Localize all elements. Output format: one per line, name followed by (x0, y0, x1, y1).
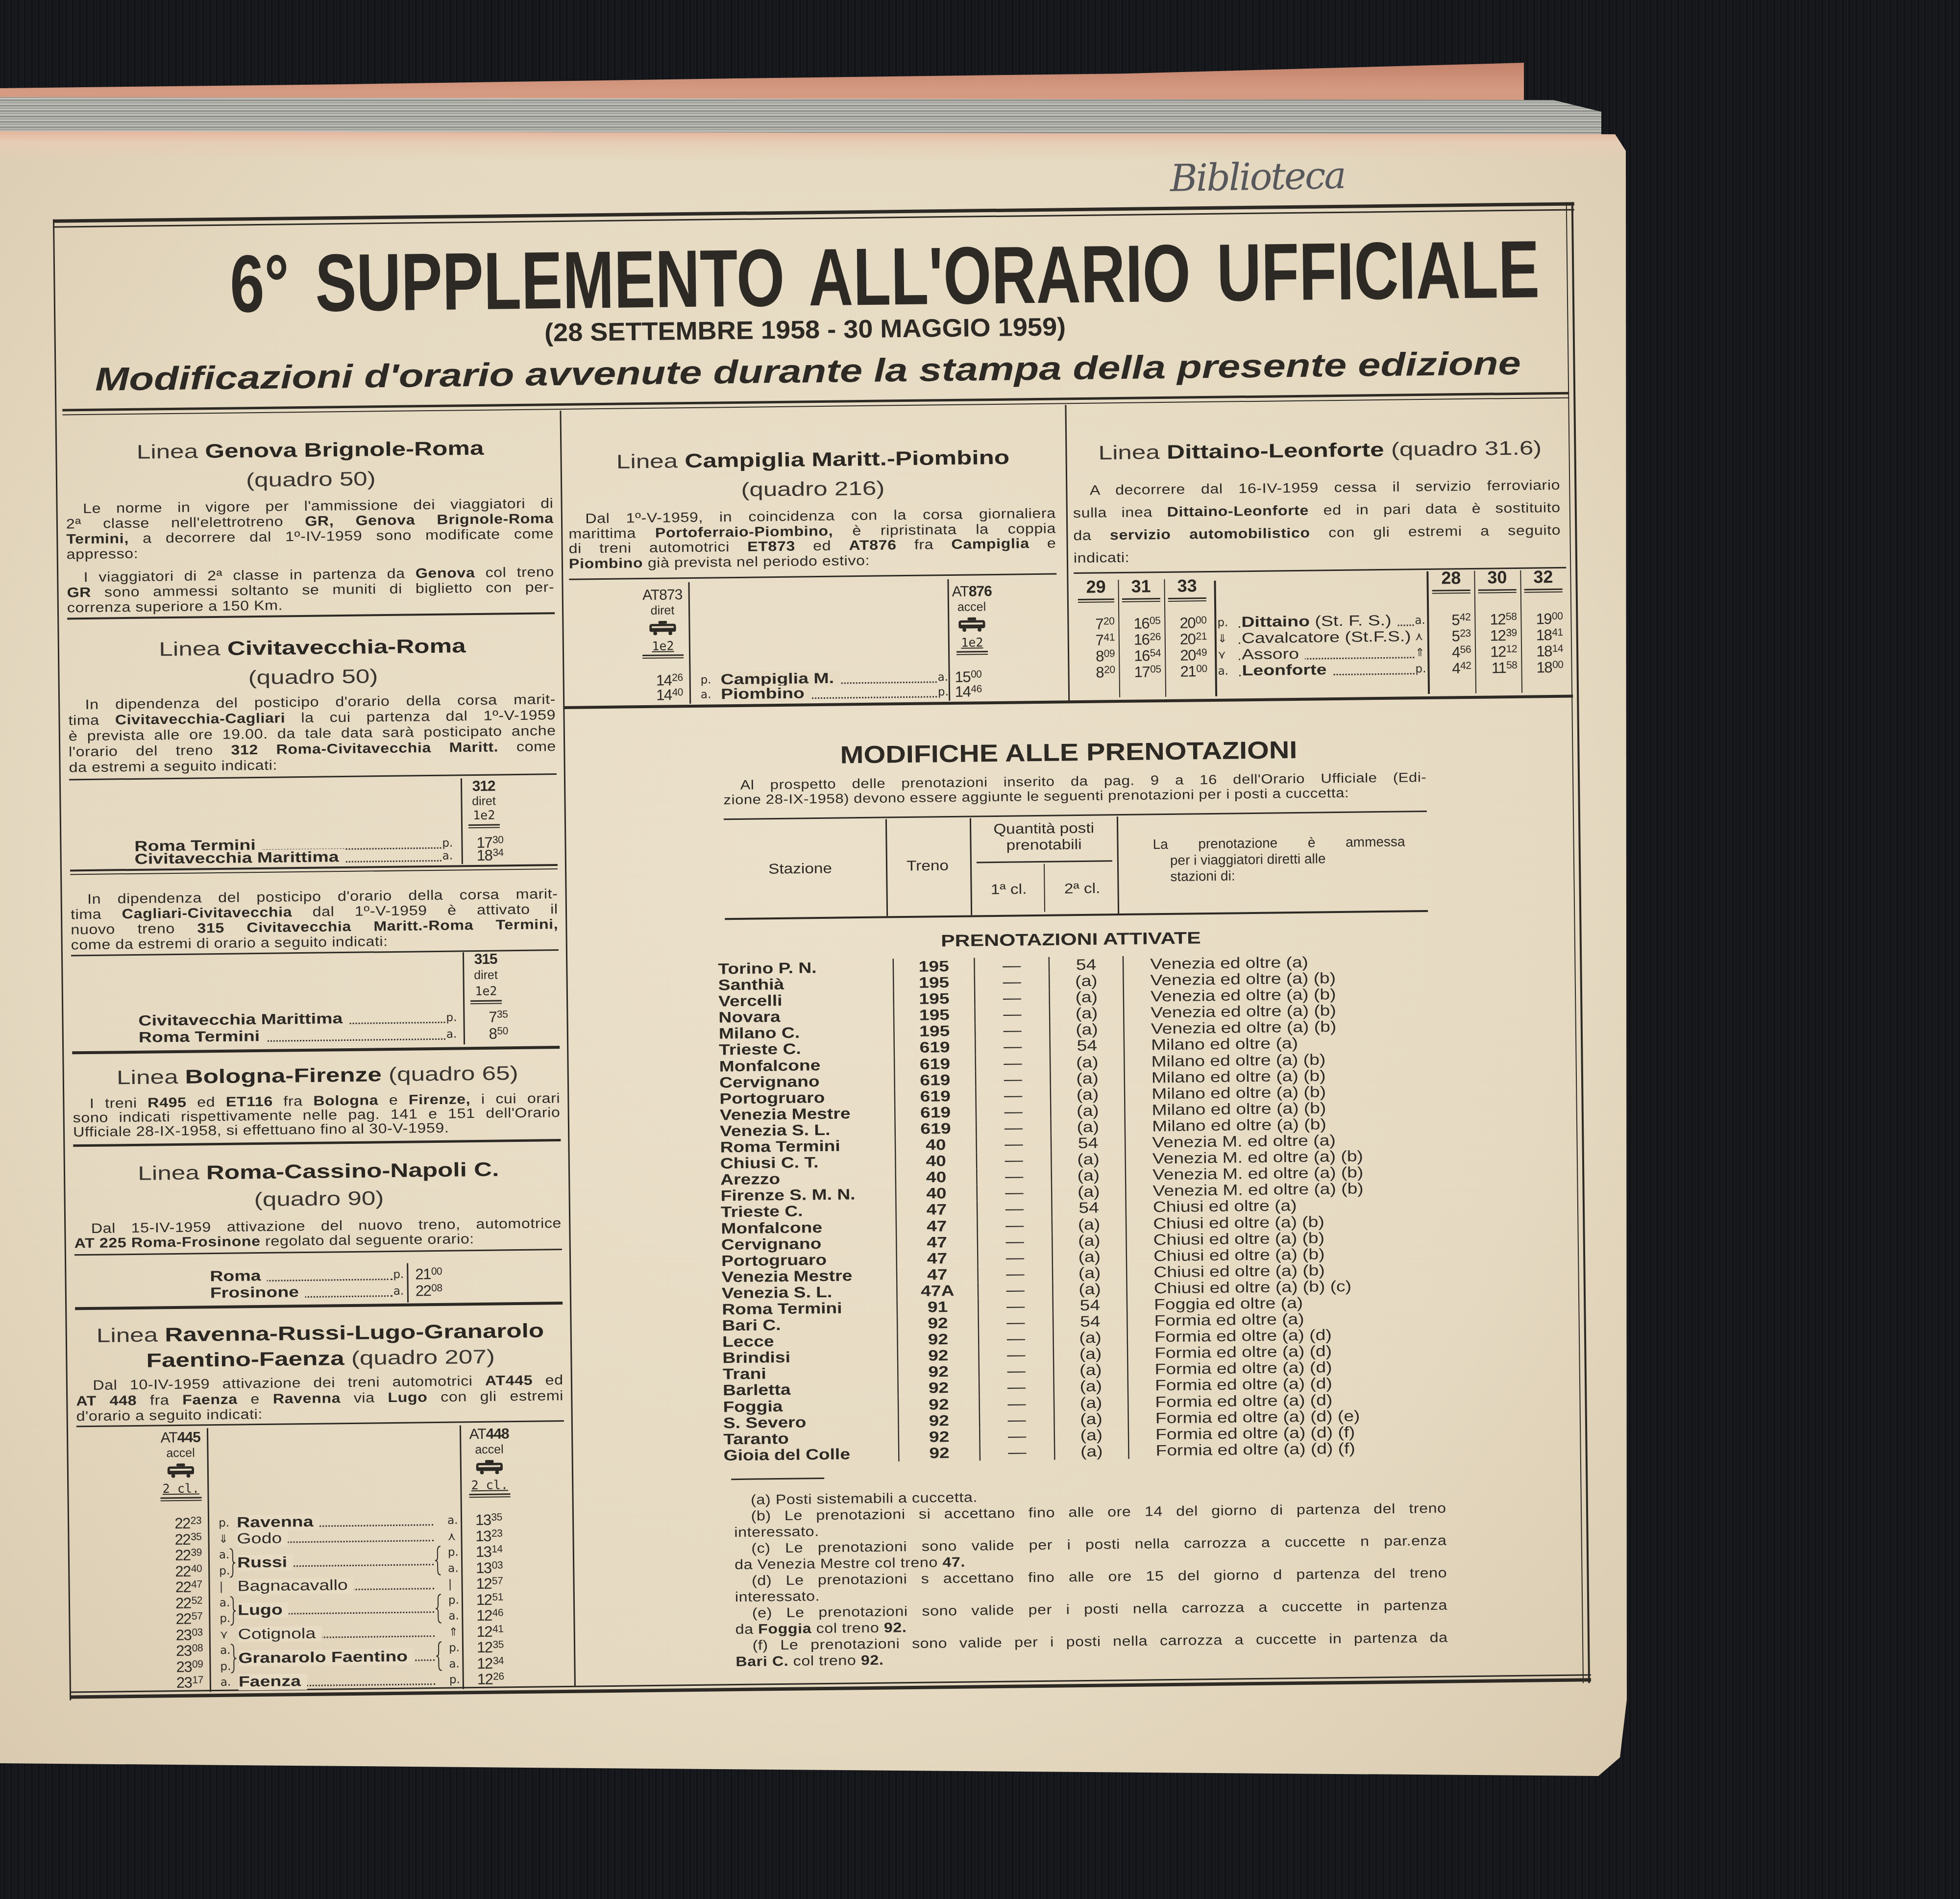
time-cell: 2240 (166, 1563, 203, 1579)
paragraph: Le norme in vigore per l'ammissione dei … (66, 495, 554, 562)
first-class-seats: — (979, 1411, 1054, 1428)
departure-arrival-mark: p. (1415, 663, 1429, 675)
time: 1605 (1133, 615, 1160, 632)
first-class-seats: — (976, 1152, 1051, 1169)
train-category: diret (466, 966, 505, 984)
outbound-times: 82017052100 (1075, 663, 1211, 682)
time: 2208 (416, 1282, 442, 1300)
column-header-second-class: 2ª cl. (1064, 881, 1101, 897)
train-at448-header: AT448 accel 2 cl. (465, 1425, 514, 1498)
reservations-title-block: MODIFICHE ALLE PRENOTAZIONI (564, 733, 1574, 772)
at448-times: 1323 (461, 1528, 511, 1545)
station: Barletta (723, 1381, 898, 1399)
time-cell: 2235 (166, 1531, 203, 1548)
at445-marks: p. (203, 1515, 228, 1531)
time-cell: 1605 (1118, 615, 1164, 633)
train: 92 (897, 1363, 979, 1381)
station: Cervignano (719, 1072, 894, 1090)
at445-marks: a.p. (203, 1547, 229, 1579)
subheader-column-rule (1044, 864, 1045, 912)
time-cell: 1314 (461, 1544, 512, 1560)
departure-arrival-mark: a. (1415, 614, 1428, 627)
second-class-seats: (a) (1051, 1183, 1126, 1200)
timetable-rows: 1426 p. Campiglia M. a. 1500 1440 a. Pio… (643, 668, 993, 701)
train: 92 (898, 1396, 979, 1413)
first-class-seats: — (975, 1022, 1050, 1039)
second-class-seats: 54 (1052, 1297, 1127, 1314)
time-cell: 1251 (462, 1592, 512, 1608)
at448-marks: p.a. (442, 1592, 462, 1624)
train: 195 (893, 1007, 975, 1024)
second-class-seats: (a) (1049, 1005, 1124, 1022)
time: 1257 (476, 1575, 503, 1592)
station: Novara (718, 1008, 893, 1026)
time-cell: 1323 (461, 1528, 511, 1545)
station-cell: Granarolo Faentino (238, 1648, 436, 1666)
time-cell: 1303 (461, 1560, 512, 1577)
at448-times: 12511246 (462, 1592, 513, 1624)
train-classes: 2 cl. (465, 1478, 514, 1493)
run-number-header: 31 (1118, 575, 1164, 602)
header-top-rule (724, 811, 1427, 820)
train-number: 312 (464, 778, 503, 795)
time-cell: 741 (1075, 631, 1119, 649)
second-class-seats: (a) (1052, 1264, 1127, 1282)
second-class-seats: (a) (1050, 1070, 1124, 1087)
second-class-seats: 54 (1049, 956, 1123, 973)
time-cell: 2308 (167, 1643, 204, 1659)
departure-arrival-mark: ⇓ (203, 1531, 228, 1547)
time: 1323 (475, 1527, 502, 1545)
brace-right-icon (436, 1672, 443, 1688)
departure-arrival-mark: a. (393, 1284, 416, 1298)
station-cell: Cavalcatore (St.F.S.) (1239, 628, 1415, 647)
first-class-seats: — (974, 989, 1049, 1007)
train: 195 (893, 990, 974, 1008)
dittaino-leonforte-notice: A decorrere dal 16-IV-1959 cessa il serv… (1073, 474, 1561, 569)
run-number: 30 (1487, 567, 1507, 587)
at873-time: 1440 (644, 686, 684, 704)
train: 619 (894, 1120, 976, 1137)
station: Venezia S. L. (720, 1121, 895, 1139)
column-header-quantity: Quantità posti (993, 820, 1094, 838)
train: 92 (898, 1412, 979, 1429)
station-name: Piombino (721, 685, 811, 703)
train-classes: 2 cl. (156, 1481, 205, 1496)
station: Santhià (718, 975, 893, 993)
run-number-header: 30 (1474, 567, 1520, 593)
time: 1335 (475, 1511, 502, 1529)
second-class-seats: (a) (1050, 1054, 1124, 1071)
brace-right-icon (436, 1640, 443, 1672)
train: 47A (896, 1282, 978, 1299)
run-number: 33 (1177, 575, 1197, 595)
at448-marks: p.a. (442, 1544, 462, 1576)
time-cell: 2239 (166, 1547, 203, 1563)
footnotes-rule (731, 1478, 824, 1480)
civitavecchia-notice-1: In dipendenza del posticipo d'orario del… (68, 691, 557, 775)
at448-times: 1257 (461, 1576, 512, 1592)
time-cell: 2021 (1165, 630, 1211, 648)
return-times: 44211581800 (1429, 659, 1567, 678)
run-number-header: 29 (1074, 576, 1118, 603)
railcar-icon (156, 1458, 206, 1481)
column-header-station: Stazione (768, 861, 832, 877)
time: 456 (1452, 643, 1471, 661)
departure-arrival-mark: a. (203, 1547, 229, 1563)
at445-times: 2247 (166, 1579, 203, 1595)
at445-times: 22522257 (167, 1595, 204, 1628)
at445-times: 2317 (168, 1675, 205, 1691)
train-classes: 1e2 (638, 639, 687, 654)
double-rule (1432, 590, 1470, 594)
at448-times: 1241 (462, 1624, 513, 1640)
heading-line: Linea Civitavecchia-Roma (68, 630, 558, 665)
train: 195 (893, 958, 974, 975)
time: 2100 (1180, 663, 1207, 680)
time-cell: 523 (1429, 627, 1475, 645)
first-class-seats: — (975, 1054, 1050, 1071)
time: 2309 (176, 1658, 203, 1676)
station: Torino P. N. (718, 959, 893, 977)
runs-leonforte-bound: 293133 (1074, 575, 1210, 603)
destinations: Formia ed oltre (a) (d) (f) (1128, 1439, 1439, 1459)
station: Roma Termini (722, 1299, 897, 1317)
timetable-rows: 72016052000 p. Dittaino (St. F. S.) a. 5… (1074, 610, 1567, 680)
station-cell: Lugo (238, 1601, 435, 1619)
supplement-frame: 6° SUPPLEMENTO ALL'ORARIO UFFICIALE (28 … (53, 202, 1591, 1702)
at448-times: 13141303 (461, 1544, 512, 1576)
train: 619 (894, 1104, 976, 1121)
second-class-seats: (a) (1053, 1427, 1128, 1444)
station-stop: 22392240 a.p. Russi p.a. 13141303 (166, 1544, 512, 1579)
time: 442 (1452, 660, 1471, 677)
brace-left-icon (229, 1579, 237, 1595)
campiglia-piombino-notice: Dal 1º-V-1959, in coincidenza con la cor… (568, 506, 1056, 571)
brace-right-icon (435, 1592, 443, 1624)
station-cell: Russi (237, 1553, 435, 1571)
brace-left-icon (230, 1627, 238, 1643)
time: 2235 (174, 1530, 201, 1548)
heading-text: Linea Genova Brignole-Roma (137, 434, 484, 467)
first-class-seats: — (979, 1379, 1053, 1396)
second-class-seats: 54 (1053, 1313, 1127, 1330)
time: 542 (1451, 611, 1471, 628)
train: 47 (896, 1266, 978, 1283)
departure-arrival-mark: p. (443, 1640, 462, 1656)
first-class-seats: — (978, 1282, 1053, 1299)
time: 1246 (476, 1606, 503, 1624)
departure-arrival-mark: ⇑ (1415, 646, 1429, 659)
runs-dittaino-bound: 283032 (1428, 566, 1567, 594)
station: Trieste C. (721, 1202, 896, 1220)
civitavecchia-roma-heading: Linea Civitavecchia-Roma(quadro 50) (68, 630, 558, 694)
train: 91 (896, 1298, 978, 1315)
second-class-seats: (a) (1050, 1086, 1125, 1103)
double-rule (956, 651, 988, 655)
time: 1626 (1134, 631, 1161, 648)
run-number: 31 (1131, 576, 1151, 596)
heading-line: (quadro 216) (568, 471, 1058, 506)
heading-text: Linea Campiglia Maritt.-Piombino (616, 443, 1009, 477)
station-cell: Cotignola (238, 1625, 436, 1643)
train-at873-header: AT873 diret 1e2 (638, 586, 688, 659)
second-class-seats: 54 (1051, 1134, 1125, 1152)
train-312-timetable: 312 diret 1e2 Roma Termini p. 1730 Civit… (69, 777, 560, 870)
heading-line: Linea Dittaino-Leonforte (quadro 31.6) (1072, 433, 1568, 468)
station-name: Frosinone (210, 1284, 305, 1302)
at445-times: 2303 (167, 1627, 204, 1643)
station-cell: Bagnacavallo (237, 1577, 435, 1595)
departure-arrival-mark: p. (203, 1515, 228, 1531)
departure-arrival-mark: p. (443, 1672, 463, 1688)
time: 1239 (1490, 627, 1517, 644)
station: Taranto (723, 1429, 898, 1447)
train-category: accel (156, 1447, 205, 1459)
time: 809 (1096, 647, 1115, 665)
time-cell: 1654 (1119, 647, 1165, 665)
departure-arrival-mark: p. (446, 1011, 468, 1024)
genova-roma-heading: Linea Genova Brignole-Roma(quadro 50) (65, 433, 556, 497)
at445-marks: ⋎ (204, 1627, 230, 1643)
departure-arrival-mark: | (442, 1576, 461, 1592)
double-rule (469, 1493, 510, 1498)
reservations-rows: Torino P. N. 195 — 54 Venezia ed oltre (… (718, 953, 1439, 1463)
time-cell: 1257 (461, 1576, 512, 1592)
train-number: AT876 (952, 582, 991, 601)
time-cell: 809 (1075, 647, 1119, 666)
station: Cervignano (721, 1234, 896, 1253)
time-cell: 2257 (167, 1611, 204, 1627)
train: 92 (897, 1315, 978, 1332)
station-name: Dittaino (St. F. S.) (1241, 613, 1397, 631)
run-number-header: 33 (1164, 575, 1210, 602)
train: 47 (896, 1250, 977, 1267)
heading-text: Linea Dittaino-Leonforte (quadro 31.6) (1098, 433, 1542, 468)
at445-times: 2223 (166, 1515, 203, 1531)
first-class-seats: — (974, 973, 1049, 990)
time: 2000 (1179, 614, 1206, 632)
double-rule (470, 1000, 502, 1004)
train-category: diret (464, 794, 503, 808)
heading-line: (quadro 50) (66, 462, 556, 497)
first-class-seats: — (979, 1427, 1054, 1444)
time-cell: 1834 (468, 846, 504, 864)
train: 92 (898, 1428, 979, 1445)
time-cell: 456 (1429, 643, 1475, 662)
column-rule (970, 818, 972, 915)
station: Portogruaro (721, 1251, 896, 1269)
station: Bari C. (722, 1315, 897, 1333)
column-header-train: Treno (906, 858, 949, 875)
time: 2308 (176, 1642, 203, 1659)
train: 40 (895, 1153, 976, 1170)
departure-arrival-mark: a. (443, 1656, 462, 1672)
time: 1226 (477, 1670, 504, 1688)
brace-right-icon (434, 1513, 441, 1529)
time-cell: 1800 (1521, 659, 1567, 677)
double-rule (1524, 589, 1563, 593)
section-rule-thick (73, 1139, 561, 1147)
time-cell: 542 (1428, 611, 1474, 629)
second-class-seats: 54 (1049, 1037, 1124, 1055)
train-number: AT448 (465, 1425, 514, 1444)
ravenna-faenza-notice: Dal 10-IV-1959 attivazione dei treni aut… (76, 1372, 564, 1424)
double-rule (468, 824, 500, 828)
departure-arrival-mark: a. (204, 1595, 229, 1611)
time: 1900 (1536, 610, 1563, 628)
first-class-seats: — (977, 1200, 1052, 1217)
time: 2223 (174, 1514, 201, 1532)
train-number: 315 (466, 952, 505, 967)
time-cell: 2100 (1165, 663, 1211, 681)
second-class-seats: (a) (1053, 1378, 1127, 1395)
second-class-seats: (a) (1049, 1021, 1124, 1038)
station-name: Leonforte (1242, 662, 1333, 679)
first-class-seats: — (977, 1216, 1052, 1233)
departure-arrival-mark: p. (393, 1268, 415, 1281)
time-cell: 1239 (1475, 627, 1521, 645)
station-name: Ravenna (237, 1514, 319, 1531)
time: 2317 (176, 1674, 203, 1691)
station: Venezia Mestre (720, 1105, 895, 1123)
brace-right-icon (435, 1577, 442, 1593)
first-class-seats: — (974, 957, 1049, 974)
train-classes: 1e2 (465, 807, 504, 823)
second-class-seats: (a) (1052, 1281, 1127, 1298)
at445-marks: a. (205, 1675, 230, 1691)
at876-time: 1446 (950, 683, 993, 701)
time-cell: 2309 (167, 1659, 204, 1675)
time-cell: 442 (1429, 660, 1475, 678)
column-rule (885, 819, 888, 916)
first-class-seats: — (974, 1006, 1049, 1023)
train-category: accel (952, 601, 991, 613)
departure-arrival-mark: p. (1210, 616, 1238, 629)
at448-times: 1226 (463, 1671, 513, 1688)
station-name: Roma (210, 1268, 267, 1285)
second-class-seats: (a) (1053, 1345, 1127, 1362)
brace-right-icon (436, 1624, 443, 1640)
station-cell: Roma Termini (139, 1026, 446, 1047)
second-class-seats: (a) (1049, 972, 1123, 989)
paragraph: I viaggiatori di 2ª classe in partenza d… (67, 564, 555, 615)
subheader-rule (977, 860, 1112, 863)
brace-left-icon (230, 1675, 239, 1691)
campiglia-piombino-heading: Linea Campiglia Maritt.-Piombino(quadro … (567, 442, 1058, 506)
time-cell: 1226 (463, 1671, 513, 1688)
station: S. Severo (723, 1413, 898, 1431)
footnotes: (a) Posti sistemabili a cuccetta.(b) Le … (734, 1484, 1448, 1670)
column-header-quantity-2: prenotabili (1006, 837, 1081, 854)
at225-timetable: Roma p. 2100 Frosinone a. 2208 (74, 1258, 565, 1307)
time-cell: 1241 (462, 1624, 513, 1640)
header-bottom-rule (725, 910, 1428, 920)
brace-left-icon (228, 1515, 237, 1531)
brace-right-icon (434, 1529, 441, 1545)
station-stop: 23082309 a.p. Granarolo Faentino p.a. 12… (167, 1639, 513, 1675)
train-classes: 1e2 (953, 635, 992, 650)
station: Venezia S. L. (722, 1283, 897, 1301)
station-name: Assoro (1242, 646, 1305, 663)
time: 1235 (477, 1638, 504, 1656)
station-cell: Civitavecchia Marittima (135, 847, 442, 868)
time: 1158 (1492, 659, 1518, 677)
heading-line: Linea Genova Brignole-Roma (65, 433, 556, 468)
heading-text: Linea Bologna-Firenze (quadro 65) (117, 1059, 518, 1092)
at448-times: 1335 (461, 1512, 511, 1529)
station-name: Roma Termini (139, 1028, 266, 1046)
run-number-header: 32 (1520, 566, 1567, 593)
active-reservations-title-block: PRENOTAZIONI ATTIVATE (566, 925, 1576, 955)
at445-marks: a.p. (204, 1643, 230, 1675)
timetable-row: Frosinone a. 2208 (210, 1282, 457, 1301)
first-class-seats: — (975, 1038, 1050, 1055)
second-class-seats: (a) (1053, 1361, 1127, 1379)
departure-arrival-mark: a. (684, 688, 721, 701)
station: Firenze S. M. N. (720, 1186, 895, 1204)
train-classes: 1e2 (466, 983, 506, 999)
time: 820 (1096, 664, 1115, 681)
train: 92 (897, 1380, 979, 1397)
first-class-seats: — (976, 1135, 1051, 1153)
at448-marks: p.a. (443, 1640, 463, 1672)
train-category: diret (638, 604, 687, 617)
time: 2303 (176, 1626, 203, 1644)
first-class-seats: — (979, 1395, 1053, 1412)
ravenna-faenza-heading: Linea Ravenna-Russi-Lugo-GranaroloFaenti… (75, 1318, 565, 1374)
departure-arrival-mark: a. (205, 1675, 230, 1691)
departure-arrival-mark: a. (938, 671, 950, 684)
time-cell: 1212 (1475, 643, 1521, 661)
at445-times: 2235 (166, 1531, 203, 1548)
column-rule (1117, 816, 1119, 913)
heading-line: (quadro 50) (68, 660, 558, 694)
timetable-row: Roma p. 2100 (210, 1265, 457, 1284)
time-cell: 2049 (1165, 646, 1211, 665)
station: Vercelli (718, 991, 893, 1010)
brace-right-icon (435, 1545, 442, 1577)
time-cell: 850 (469, 1025, 508, 1043)
heading-line: Linea Campiglia Maritt.-Piombino (567, 442, 1058, 477)
roma-cassino-notice: Dal 15-IV-1959 attivazione del nuovo tre… (74, 1216, 562, 1251)
time-cell: 1814 (1521, 642, 1567, 661)
train: 92 (897, 1331, 978, 1348)
station-stop: 2317 a. Faenza p. 1226 (168, 1671, 513, 1691)
station-cell: Ravenna (237, 1513, 434, 1531)
train: 47 (896, 1233, 977, 1251)
time-cell: 1246 (462, 1607, 512, 1624)
departure-arrival-mark: a. (446, 1028, 469, 1041)
heading-text: (quadro 90) (254, 1184, 384, 1213)
departure-arrival-mark: p. (938, 686, 950, 698)
time-cell: 2223 (166, 1515, 203, 1531)
at448-marks: ⋏ (441, 1529, 461, 1545)
heading-line: Faentino-Faenza (quadro 207) (75, 1343, 566, 1374)
time: 1251 (476, 1591, 503, 1608)
second-class-seats: (a) (1052, 1232, 1126, 1249)
document-subtitle: Modificazioni d'orario avvenute durante … (95, 347, 1521, 396)
heading-line: (quadro 90) (73, 1183, 564, 1215)
civitavecchia-notice-2: In dipendenza del posticipo d'orario del… (71, 886, 559, 952)
time: 741 (1096, 631, 1115, 648)
time-cell: 2100 (415, 1265, 457, 1283)
train: 92 (898, 1444, 980, 1461)
time-cell: 1335 (461, 1512, 511, 1529)
departure-arrival-mark: p. (204, 1611, 229, 1627)
first-class-seats: — (977, 1249, 1052, 1266)
time: 2257 (175, 1610, 202, 1628)
